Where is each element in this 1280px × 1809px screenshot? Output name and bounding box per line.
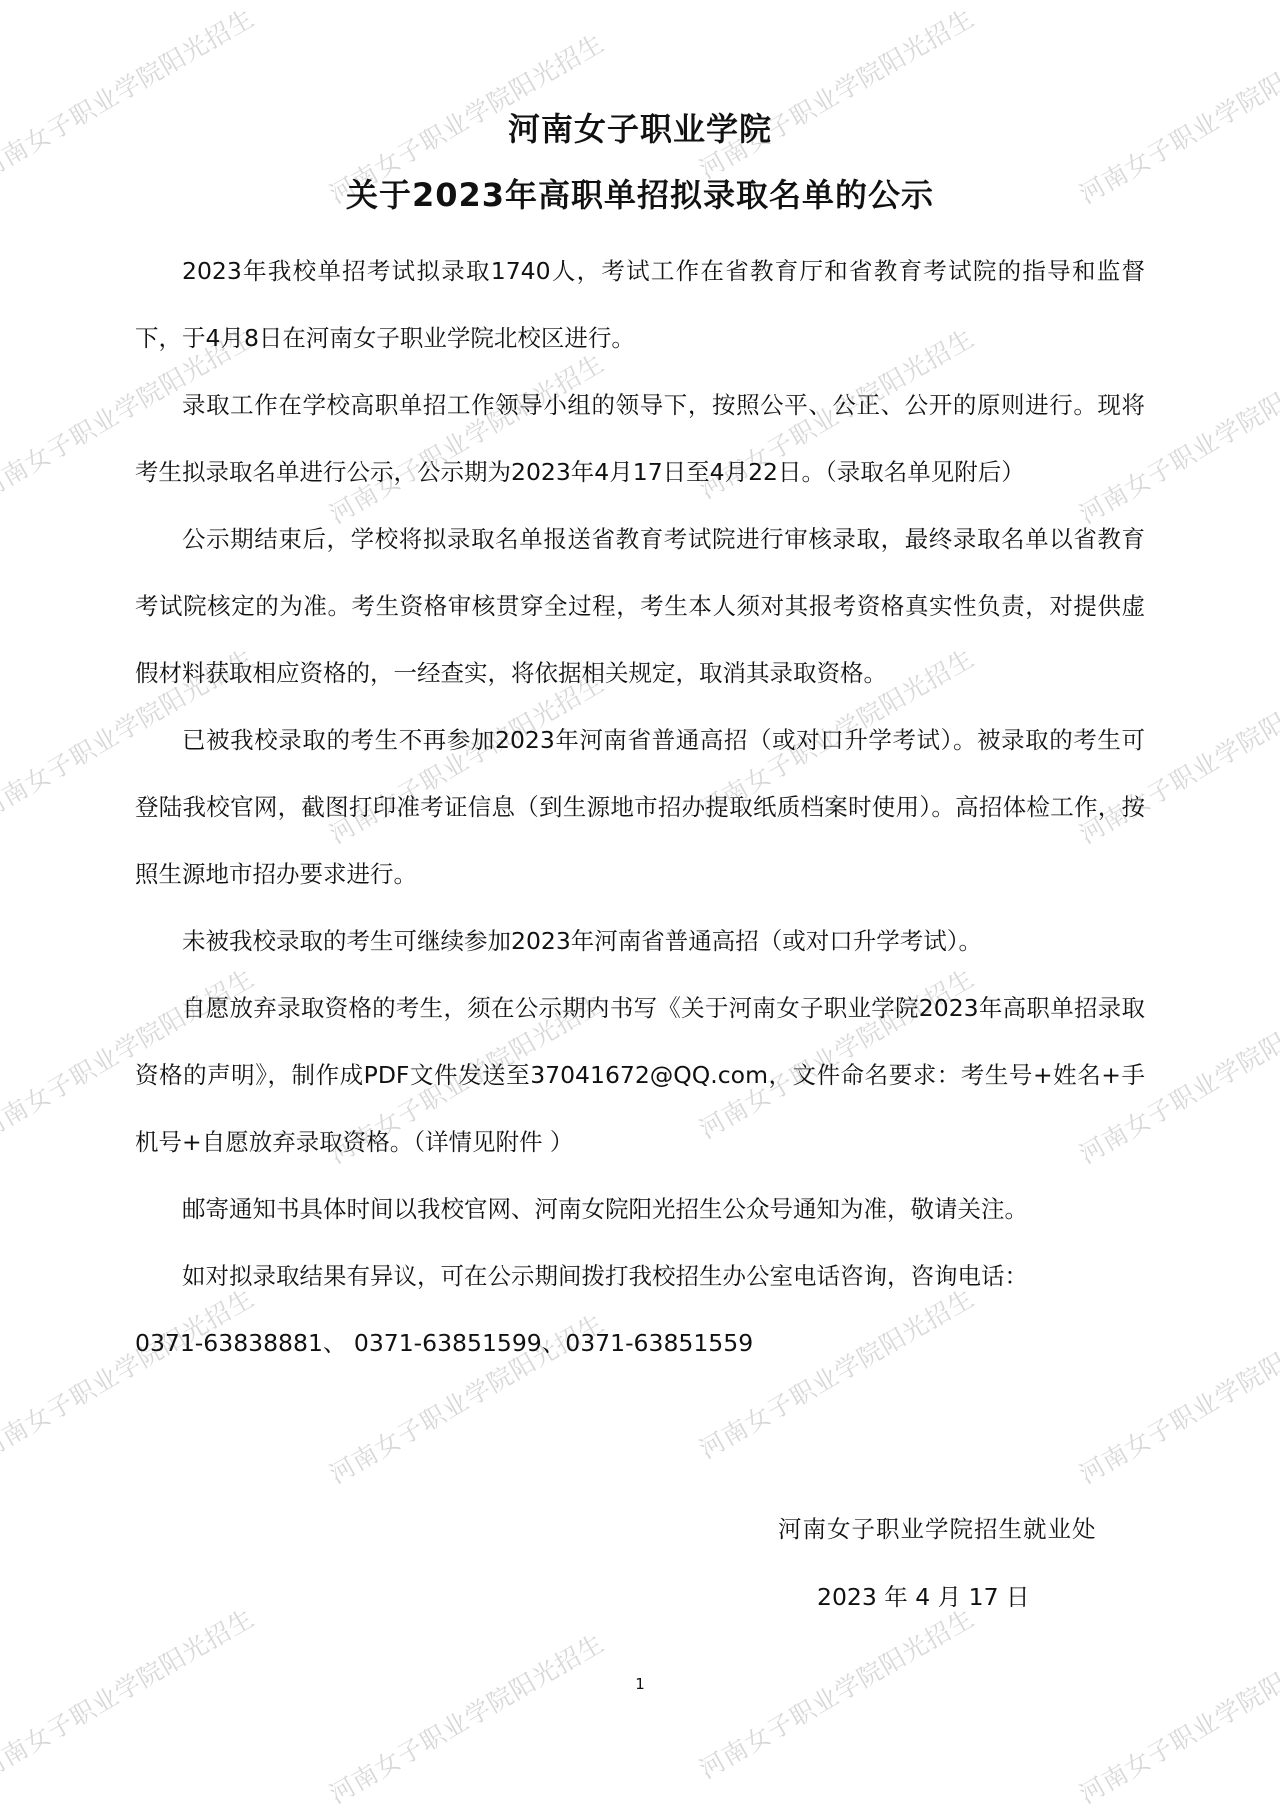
paragraph-mailing: 邮寄通知书具体时间以我校官网、河南女院阳光招生公众号通知为准，敬请关注。 (135, 1176, 1145, 1243)
paragraph-review: 公示期结束后，学校将拟录取名单报送省教育考试院进行审核录取，最终录取名单以省教育… (135, 506, 1145, 707)
paragraph-not-admitted: 未被我校录取的考生可继续参加2023年河南省普通高招（或对口升学考试）。 (135, 908, 1145, 975)
institution-title: 河南女子职业学院 (0, 104, 1280, 150)
document-page: 河南女子职业学院 关于2023年高职单招拟录取名单的公示 2023年我校单招考试… (0, 0, 1280, 1809)
paragraph-waiver: 自愿放弃录取资格的考生，须在公示期内书写《关于河南女子职业学院2023年高职单招… (135, 975, 1145, 1176)
signature-office: 河南女子职业学院招生就业处 (778, 1510, 1097, 1544)
notice-body: 2023年我校单招考试拟录取1740人，考试工作在省教育厅和省教育考试院的指导和… (135, 238, 1145, 1377)
paragraph-admitted-students: 已被我校录取的考生不再参加2023年河南省普通高招（或对口升学考试）。被录取的考… (135, 707, 1145, 908)
contact-phones: 0371-63838881、 0371-63851599、0371-638515… (135, 1310, 1145, 1377)
paragraph-inquiry: 如对拟录取结果有异议，可在公示期间拨打我校招生办公室电话咨询，咨询电话： (135, 1243, 1145, 1310)
signature-date: 2023 年 4 月 17 日 (817, 1578, 1030, 1612)
page-number: 1 (0, 1675, 1280, 1693)
paragraph-publicity-period: 录取工作在学校高职单招工作领导小组的领导下，按照公平、公正、公开的原则进行。现将… (135, 372, 1145, 506)
paragraph-admission-count: 2023年我校单招考试拟录取1740人，考试工作在省教育厅和省教育考试院的指导和… (135, 238, 1145, 372)
notice-title: 关于2023年高职单招拟录取名单的公示 (0, 170, 1280, 216)
